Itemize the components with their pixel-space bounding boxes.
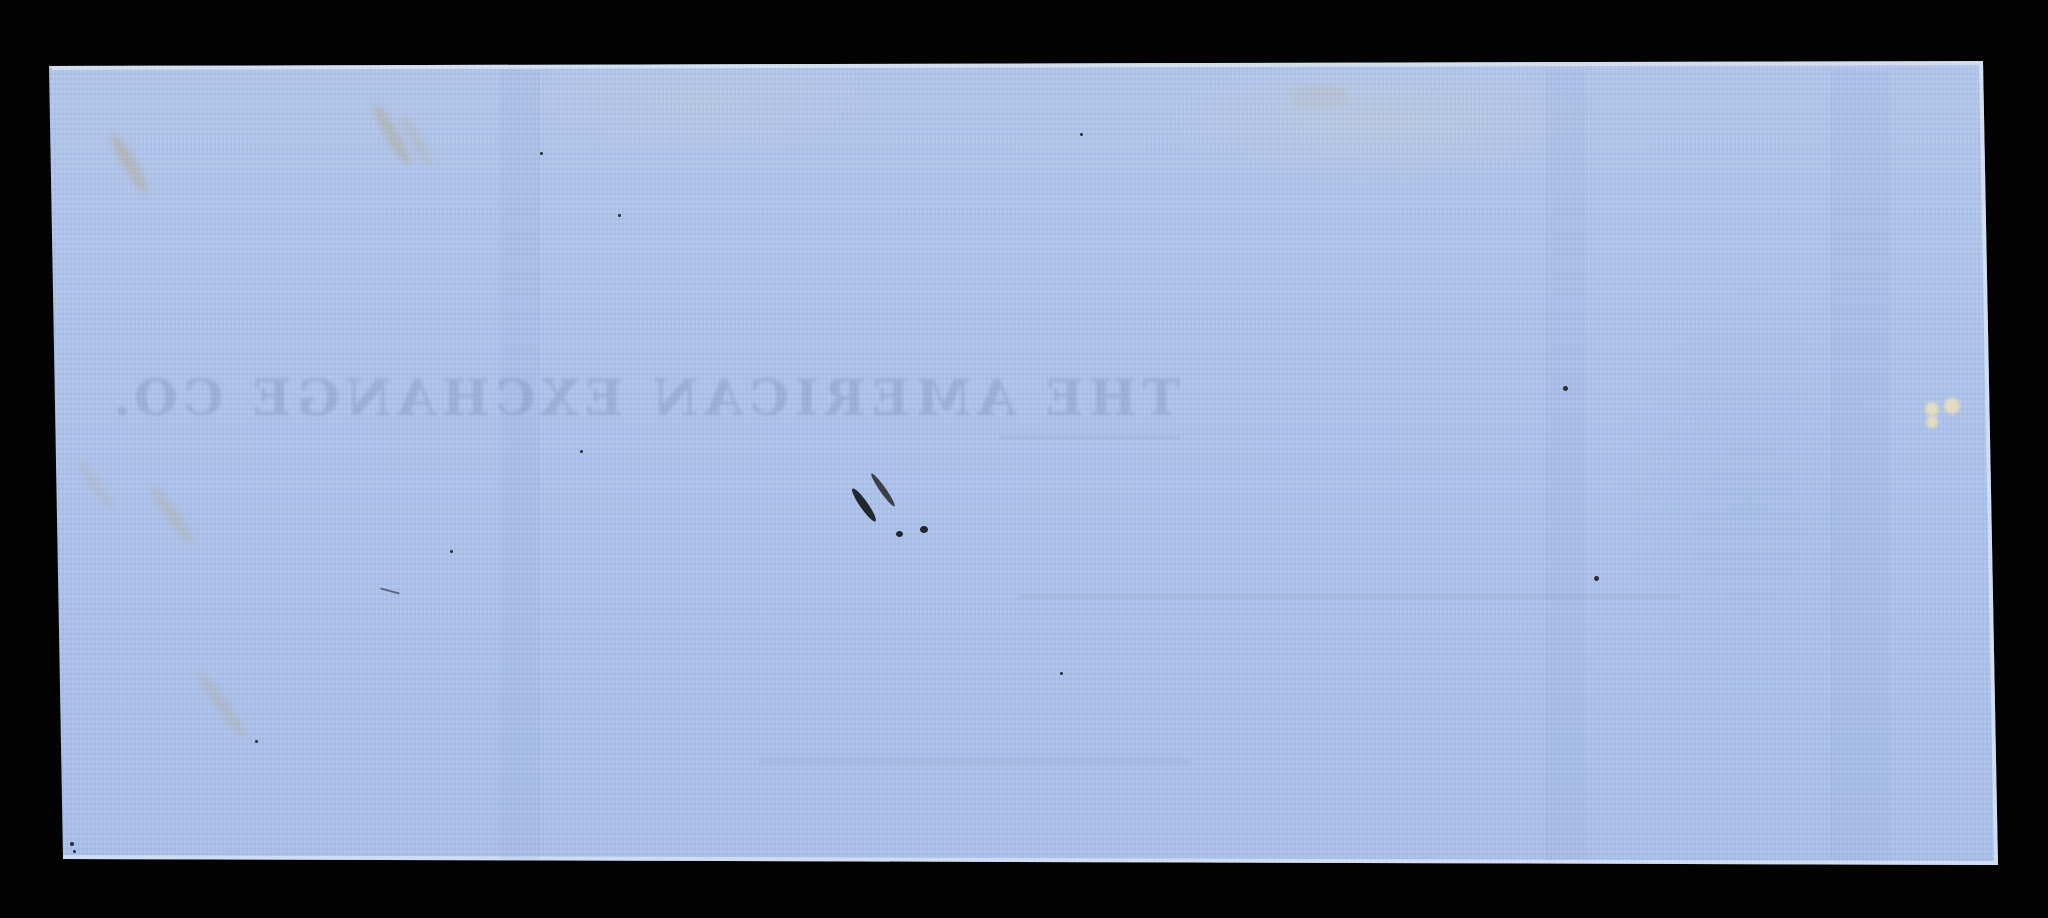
mirrored-heading-text: THE AMERICAN EXCHANGE CO. — [330, 368, 1180, 427]
faint-vertical-band — [1830, 70, 1890, 860]
paper-speck — [70, 842, 74, 846]
yellow-spot — [1944, 398, 1960, 414]
scan-background: THE AMERICAN EXCHANGE CO. — [0, 0, 2048, 918]
paper-speck — [1080, 133, 1083, 136]
paper-speck — [1594, 576, 1599, 581]
paper-speck — [450, 550, 453, 553]
paper-speck — [1060, 672, 1063, 675]
faint-vertical-band — [1545, 70, 1585, 860]
ink-dot-mark — [896, 531, 903, 537]
yellow-spot — [1926, 416, 1938, 428]
yellow-spot — [1925, 402, 1939, 416]
paper-texture — [0, 0, 2048, 918]
paper-speck — [255, 740, 258, 743]
faint-print-line — [760, 760, 1190, 763]
faint-print-line — [1000, 436, 1180, 439]
paper-speck — [540, 152, 543, 155]
paper-speck — [618, 214, 621, 217]
paper-speck — [1563, 386, 1568, 391]
ink-dot-mark — [920, 526, 928, 533]
paper-speck — [580, 450, 583, 453]
paper-speck — [73, 850, 76, 853]
faint-print-line — [1020, 595, 1680, 598]
faint-vertical-band — [500, 70, 540, 860]
brown-stain — [1290, 85, 1350, 109]
